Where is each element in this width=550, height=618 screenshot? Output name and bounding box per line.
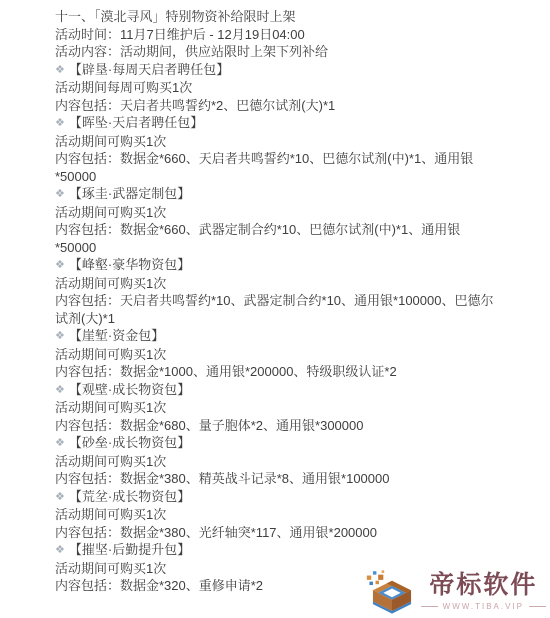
package-section: ❖【辟垦·每周天启者聘任包】 活动期间每周可购买1次 内容包括：天启者共鸣誓约*… — [55, 61, 495, 115]
package-title: ❖【辟垦·每周天启者聘任包】 — [55, 61, 495, 80]
diamond-bullet-icon: ❖ — [55, 330, 65, 342]
package-section: ❖【观壁·成长物资包】 活动期间可购买1次 内容包括：数据金*680、量子胞体*… — [55, 381, 495, 435]
watermark: 帝标软件 WWW.TIBA.VIP — [366, 569, 546, 615]
brand-text-block: 帝标软件 WWW.TIBA.VIP — [421, 573, 546, 611]
diamond-bullet-icon: ❖ — [55, 491, 65, 503]
diamond-bullet-icon: ❖ — [55, 437, 65, 449]
package-name: 【晖坠·天启者聘任包】 — [69, 115, 203, 130]
purchase-limit: 活动期间可购买1次 — [55, 506, 495, 524]
package-section: ❖【琢圭·武器定制包】 活动期间可购买1次 内容包括：数据金*660、武器定制合… — [55, 185, 495, 256]
package-name: 【砂垒·成长物资包】 — [69, 435, 190, 450]
right-dash-divider — [529, 606, 546, 607]
package-name: 【辟垦·每周天启者聘任包】 — [69, 62, 229, 77]
diamond-bullet-icon: ❖ — [55, 259, 65, 271]
package-title: ❖【砂垒·成长物资包】 — [55, 434, 495, 453]
brand-logo-icon — [366, 569, 418, 615]
purchase-limit: 活动期间每周可购买1次 — [55, 79, 495, 97]
diamond-bullet-icon: ❖ — [55, 64, 65, 76]
package-title: ❖【琢圭·武器定制包】 — [55, 185, 495, 204]
package-name: 【摧坚·后勤提升包】 — [69, 542, 190, 557]
package-contents: 内容包括：数据金*660、武器定制合约*10、巴德尔试剂(中)*1、通用银*50… — [55, 221, 495, 256]
package-contents: 内容包括：数据金*660、天启者共鸣誓约*10、巴德尔试剂(中)*1、通用银*5… — [55, 150, 495, 185]
package-name: 【崖堑·资金包】 — [69, 328, 164, 343]
package-contents: 内容包括：数据金*1000、通用银*200000、特级职级认证*2 — [55, 363, 495, 381]
package-section: ❖【峰壑·豪华物资包】 活动期间可购买1次 内容包括：天启者共鸣誓约*10、武器… — [55, 256, 495, 327]
package-contents: 内容包括：数据金*680、量子胞体*2、通用银*300000 — [55, 417, 495, 435]
package-section: ❖【荒坌·成长物资包】 活动期间可购买1次 内容包括：数据金*380、光纤轴突*… — [55, 488, 495, 542]
package-title: ❖【崖堑·资金包】 — [55, 327, 495, 346]
package-name: 【观壁·成长物资包】 — [69, 382, 190, 397]
package-name: 【峰壑·豪华物资包】 — [69, 257, 190, 272]
brand-site-url: WWW.TIBA.VIP — [443, 602, 524, 611]
purchase-limit: 活动期间可购买1次 — [55, 275, 495, 293]
diamond-bullet-icon: ❖ — [55, 188, 65, 200]
package-title: ❖【荒坌·成长物资包】 — [55, 488, 495, 507]
package-section: ❖【砂垒·成长物资包】 活动期间可购买1次 内容包括：数据金*380、精英战斗记… — [55, 434, 495, 488]
package-contents: 内容包括：数据金*380、精英战斗记录*8、通用银*100000 — [55, 470, 495, 488]
package-title: ❖【峰壑·豪华物资包】 — [55, 256, 495, 275]
activity-intro: 活动内容：活动期间，供应站限时上架下列补给 — [55, 43, 495, 61]
purchase-limit: 活动期间可购买1次 — [55, 133, 495, 151]
diamond-bullet-icon: ❖ — [55, 117, 65, 129]
purchase-limit: 活动期间可购买1次 — [55, 204, 495, 222]
brand-site-row: WWW.TIBA.VIP — [421, 602, 546, 611]
package-contents: 内容包括：天启者共鸣誓约*10、武器定制合约*10、通用银*100000、巴德尔… — [55, 292, 495, 327]
package-title: ❖【观壁·成长物资包】 — [55, 381, 495, 400]
diamond-bullet-icon: ❖ — [55, 384, 65, 396]
brand-name: 帝标软件 — [429, 573, 537, 598]
package-name: 【荒坌·成长物资包】 — [69, 489, 190, 504]
package-section: ❖【晖坠·天启者聘任包】 活动期间可购买1次 内容包括：数据金*660、天启者共… — [55, 114, 495, 185]
package-section: ❖【崖堑·资金包】 活动期间可购买1次 内容包括：数据金*1000、通用银*20… — [55, 327, 495, 381]
left-dash-divider — [421, 606, 438, 607]
package-contents: 内容包括：天启者共鸣誓约*2、巴德尔试剂(大)*1 — [55, 97, 495, 115]
package-name: 【琢圭·武器定制包】 — [69, 186, 190, 201]
purchase-limit: 活动期间可购买1次 — [55, 453, 495, 471]
section-title: 十一、「漠北寻风」特别物资补给限时上架 — [55, 8, 495, 26]
package-contents: 内容包括：数据金*380、光纤轴突*117、通用银*200000 — [55, 524, 495, 542]
diamond-bullet-icon: ❖ — [55, 544, 65, 556]
package-title: ❖【摧坚·后勤提升包】 — [55, 541, 495, 560]
activity-time: 活动时间：11月7日维护后 - 12月19日04:00 — [55, 26, 495, 44]
purchase-limit: 活动期间可购买1次 — [55, 399, 495, 417]
purchase-limit: 活动期间可购买1次 — [55, 346, 495, 364]
package-title: ❖【晖坠·天启者聘任包】 — [55, 114, 495, 133]
announcement-document: 十一、「漠北寻风」特别物资补给限时上架 活动时间：11月7日维护后 - 12月1… — [55, 8, 495, 595]
